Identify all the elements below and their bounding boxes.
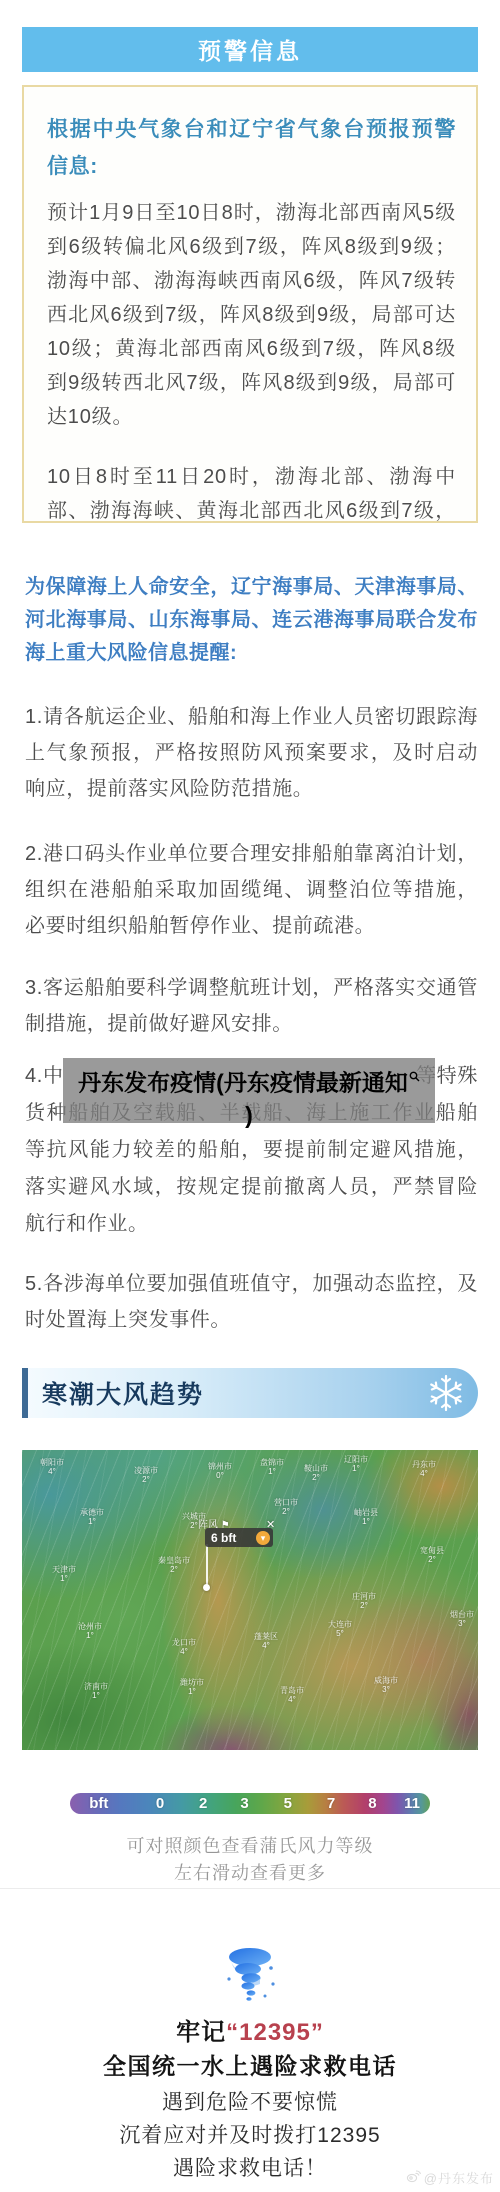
map-city-label: 岫岩县1°	[354, 1508, 378, 1526]
overlay-text-line1: 丹东发布疫情(丹东疫情最新通知	[78, 1070, 408, 1096]
map-city-label: 朝阳市4°	[40, 1458, 64, 1476]
magnifier-icon	[409, 1058, 420, 1091]
map-city-label: 盘锦市1°	[260, 1458, 284, 1476]
map-city-label: 宽甸县2°	[420, 1546, 444, 1564]
map-city-label: 潍坊市1°	[180, 1678, 204, 1696]
advisory-item-1: 1.请各航运企业、船舶和海上作业人员密切跟踪海上气象预报，严格按照防风预案要求，…	[25, 699, 478, 807]
publisher-watermark: @丹东发布	[406, 2168, 494, 2187]
beaufort-tick: 8	[368, 1793, 376, 1814]
map-city-label: 庄河市2°	[352, 1592, 376, 1610]
advisory-intro: 为保障海上人命安全，辽宁海事局、天津海事局、河北海事局、山东海事局、连云港海事局…	[25, 571, 478, 670]
map-city-label: 龙口市4°	[172, 1638, 196, 1656]
beaufort-tick: 2	[199, 1793, 207, 1814]
warning-banner-title: 预警信息	[198, 33, 302, 66]
map-city-label: 鞍山市2°	[304, 1464, 328, 1482]
scale-caption: 可对照颜色查看蒲氏风力等级	[0, 1832, 500, 1858]
trend-section-title: 寒潮大风趋势	[42, 1375, 204, 1411]
map-city-label: 蓬莱区4°	[254, 1632, 278, 1650]
beaufort-tick: 7	[327, 1793, 335, 1814]
beaufort-tick: 11	[404, 1793, 420, 1814]
map-city-label: 沧州市1°	[78, 1622, 102, 1640]
wind-tooltip-value: 6 bft	[211, 1531, 256, 1545]
trend-banner-accent-bar	[22, 1368, 28, 1418]
map-city-label: 天津市1°	[52, 1565, 76, 1583]
beaufort-tick: 3	[240, 1793, 248, 1814]
map-city-label: 威海市3°	[374, 1676, 398, 1694]
remember-hotline-line: 牢记“12395”	[0, 2012, 500, 2047]
map-city-label: 辽阳市1°	[344, 1455, 368, 1473]
map-city-label: 烟台市3°	[450, 1610, 474, 1628]
hotline-subline-1: 遇到危险不要惊慌	[0, 2086, 500, 2116]
swipe-hint: 左右滑动查看更多	[0, 1859, 500, 1885]
trend-section-banner: 寒潮大风趋势	[22, 1368, 478, 1418]
map-city-label: 营口市2°	[274, 1498, 298, 1516]
forecast-paragraph-2: 10日8时至11日20时，渤海北部、渤海中部、渤海海峡、黄海北部西北风6级到7级…	[47, 460, 456, 523]
map-city-label: 承德市1°	[80, 1508, 104, 1526]
warning-banner: 预警信息	[22, 27, 478, 72]
advisory-item-3: 3.客运船舶要科学调整航班计划，严格落实交通管制措施，提前做好避风安排。	[25, 970, 478, 1042]
forecast-paragraph-1: 预计1月9日至10日8时，渤海北部西南风5级到6级转偏北风6级到7级，阵风8级到…	[47, 196, 456, 434]
advisory-item-2: 2.港口码头作业单位要合理安排船舶靠离泊计划，组织在港船舶采取加固缆绳、调整泊位…	[25, 836, 478, 944]
location-marker-dot	[203, 1584, 210, 1591]
map-city-label: 济南市1°	[84, 1682, 108, 1700]
hotline-subline-2: 沉着应对并及时拨打12395	[0, 2119, 500, 2149]
wind-map[interactable]: 朝阳市4°凌源市2°锦州市0°盘锦市1°鞍山市2°辽阳市1°丹东市4°承德市1°…	[22, 1450, 478, 1750]
advisory-item-5: 5.各涉海单位要加强值班值守，加强动态监控，及时处置海上突发事件。	[25, 1266, 478, 1338]
publisher-watermark-text: @丹东发布	[424, 2168, 494, 2187]
location-marker-line	[206, 1544, 208, 1586]
map-city-label: 锦州市0°	[208, 1462, 232, 1480]
search-overlay-watermark: 丹东发布疫情(丹东疫情最新通知 )	[63, 1058, 435, 1123]
map-city-label: 丹东市4°	[412, 1460, 436, 1478]
beaufort-unit-label: bft	[89, 1793, 108, 1814]
map-city-label: 秦皇岛市2°	[158, 1556, 190, 1574]
map-city-label: 凌源市2°	[134, 1466, 158, 1484]
warning-card-heading: 根据中央气象台和辽宁省气象台预报预警信息:	[47, 111, 456, 185]
beaufort-tick: 0	[156, 1793, 164, 1814]
hotline-number: “12395”	[226, 2019, 324, 2046]
wind-tooltip[interactable]: 6 bft ▾	[205, 1528, 273, 1547]
section-divider	[0, 1888, 500, 1889]
snowflake-icon	[424, 1371, 468, 1420]
remember-label: 牢记	[176, 2019, 226, 2046]
chevron-down-icon[interactable]: ▾	[256, 1531, 270, 1545]
map-city-label: 青岛市4°	[280, 1686, 304, 1704]
tornado-icon	[223, 1946, 277, 2009]
wind-streaks-texture	[22, 1450, 478, 1750]
hotline-title: 全国统一水上遇险求救电话	[0, 2048, 500, 2081]
weibo-icon	[406, 2170, 421, 2186]
warning-card: 根据中央气象台和辽宁省气象台预报预警信息: 预计1月9日至10日8时，渤海北部西…	[22, 85, 478, 523]
map-city-label: 大连市5°	[328, 1620, 352, 1638]
beaufort-tick: 5	[284, 1793, 292, 1814]
beaufort-color-scale: bft 0 2 3 5 7 8 11	[70, 1793, 430, 1814]
overlay-text-line2: )	[245, 1100, 253, 1130]
